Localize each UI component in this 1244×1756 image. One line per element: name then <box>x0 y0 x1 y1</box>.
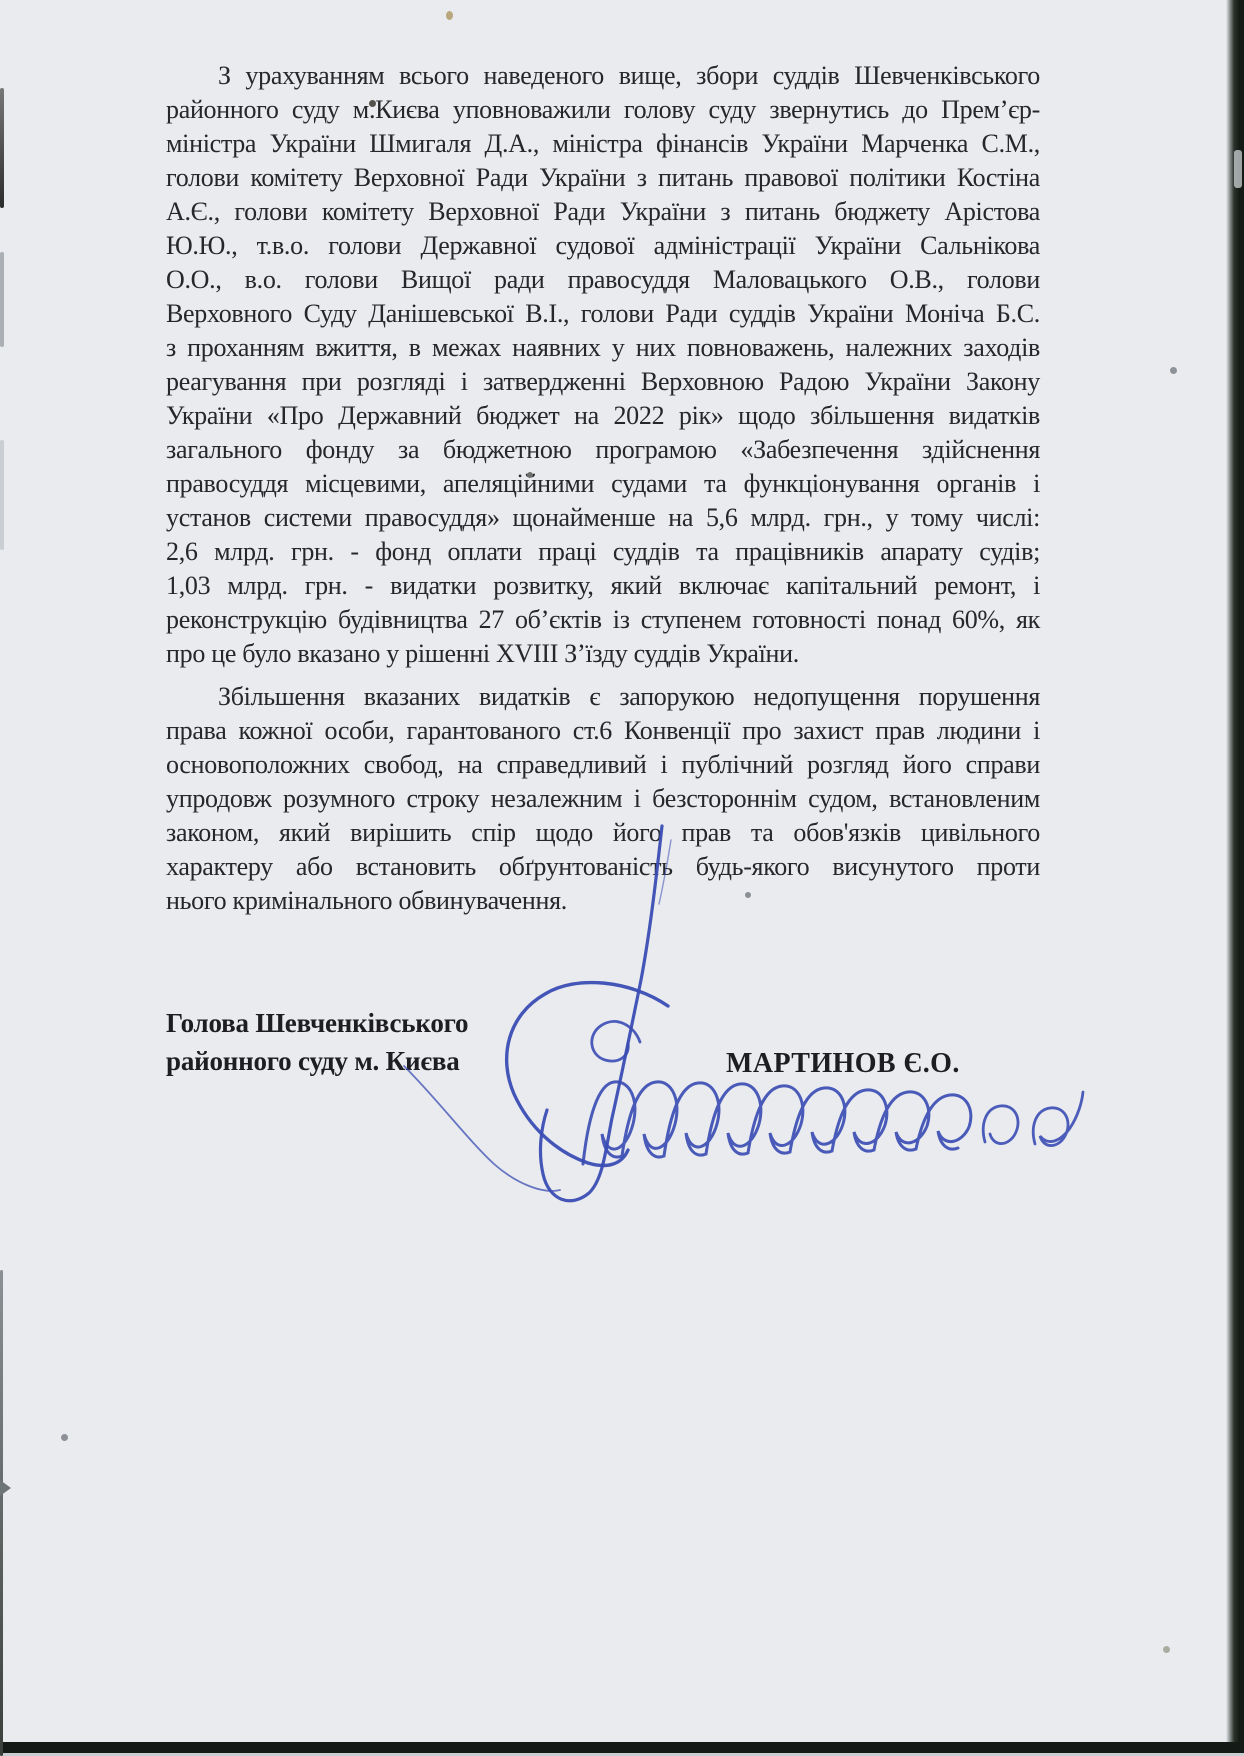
scan-speck <box>527 472 533 478</box>
signer-title-line2: районного суду м. Києва <box>166 1046 460 1077</box>
paragraph-gap <box>166 671 1040 680</box>
text-line: районного суду м.Києва уповноважили голо… <box>166 93 1040 127</box>
text-line: права кожної особи, гарантованого ст.6 К… <box>166 714 1040 748</box>
text-line: реагування при розгляді і затвердженні В… <box>166 365 1040 399</box>
text-line: О.О., в.о. голови Вищої ради правосуддя … <box>166 263 1040 297</box>
text-line: законом, який вирішить спір щодо його пр… <box>166 816 1040 850</box>
text-line: нього кримінального обвинувачення. <box>166 884 1040 918</box>
text-line: А.Є., голови комітету Верховної Ради Укр… <box>166 195 1040 229</box>
scan-edge-notch <box>1234 150 1242 188</box>
text-line: Верховного Суду Данішевської В.І., голов… <box>166 297 1040 331</box>
text-line: реконструкцію будівництва 27 об’єктів із… <box>166 603 1040 637</box>
text-line: України «Про Державний бюджет на 2022 рі… <box>166 399 1040 433</box>
signer-name: МАРТИНОВ Є.О. <box>726 1048 960 1080</box>
text-line: правосуддя місцевими, апеляційними судам… <box>166 467 1040 501</box>
text-line: з проханням вжиття, в межах наявних у ни… <box>166 331 1040 365</box>
scan-edge-bottom <box>0 1742 1244 1753</box>
text-line: загального фонду за бюджетною програмою … <box>166 433 1040 467</box>
text-line: 2,6 млрд. грн. - фонд оплати праці судді… <box>166 535 1040 569</box>
scan-speck <box>369 100 376 107</box>
text-line: упродовж розумного строку незалежним і б… <box>166 782 1040 816</box>
body-text: З урахуванням всього наведеного вище, зб… <box>166 59 1040 918</box>
text-line: установ системи правосуддя» щонайменше н… <box>166 501 1040 535</box>
document-page: З урахуванням всього наведеного вище, зб… <box>0 0 1244 1756</box>
scan-speck <box>1163 1646 1170 1653</box>
scan-edge-left-mark <box>0 88 4 208</box>
scan-speck <box>61 1434 68 1441</box>
text-line: Збільшення вказаних видатків є запорукою… <box>166 680 1040 714</box>
scan-edge-arrow-mark <box>0 1480 11 1496</box>
text-line: З урахуванням всього наведеного вище, зб… <box>166 59 1040 93</box>
text-line: 1,03 млрд. грн. - видатки розвитку, який… <box>166 569 1040 603</box>
text-line: про це було вказано у рішенні XVIII З’їз… <box>166 637 1040 671</box>
text-line: характеру або встановить обґрунтованість… <box>166 850 1040 884</box>
scan-edge-left-mark <box>0 440 4 550</box>
scan-edge-left-mark <box>0 1270 3 1756</box>
text-line: основоположних свобод, на справедливий і… <box>166 748 1040 782</box>
scan-edge-left-mark <box>0 252 4 347</box>
text-line: голови комітету Верховної Ради України з… <box>166 161 1040 195</box>
scan-speck <box>745 892 751 898</box>
text-line: Ю.Ю., т.в.о. голови Державної судової ад… <box>166 229 1040 263</box>
scan-edge-right <box>1226 0 1244 1756</box>
signer-title-line1: Голова Шевченківського <box>166 1008 468 1039</box>
scan-speck <box>446 11 453 20</box>
text-line: міністра України Шмигаля Д.А., міністра … <box>166 127 1040 161</box>
scan-speck <box>1170 367 1177 374</box>
